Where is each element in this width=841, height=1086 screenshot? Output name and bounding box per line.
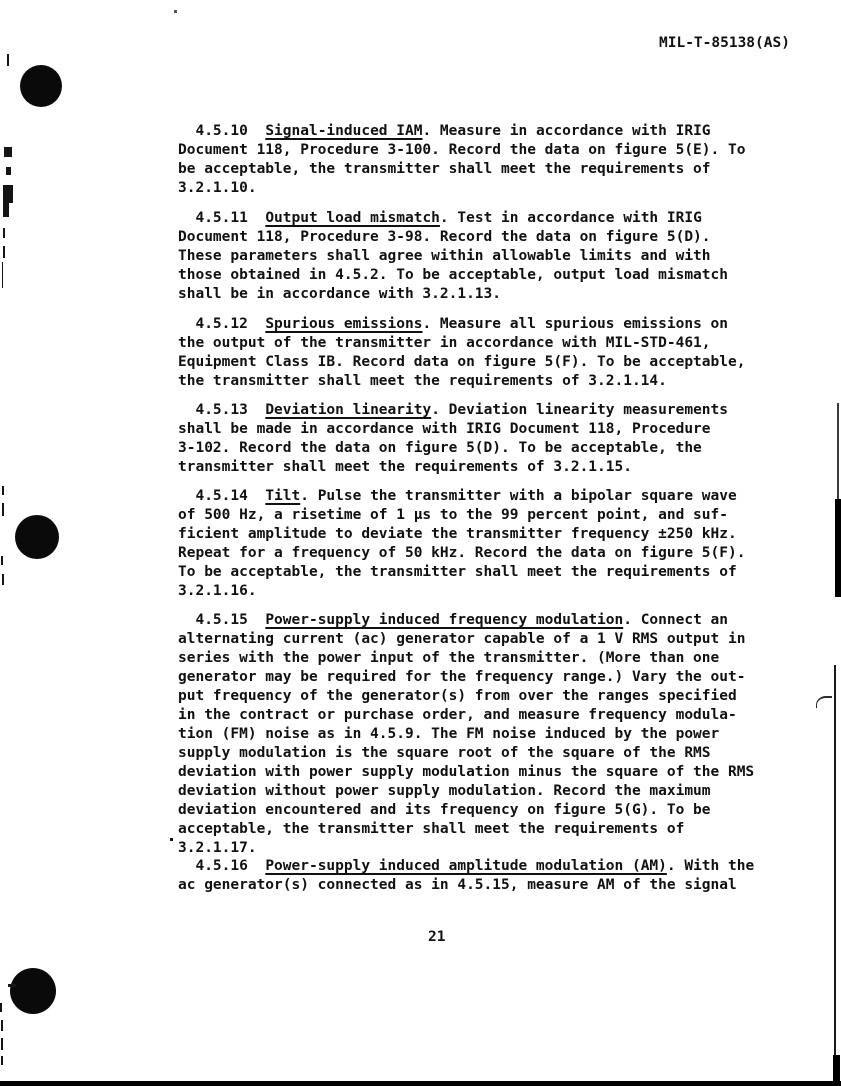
scan-artifact-mark: [3, 228, 5, 238]
paragraph-title: Deviation linearity: [265, 402, 431, 418]
scan-artifact-mark: [0, 1003, 2, 1012]
scan-edge-bar-thick: [835, 499, 841, 597]
scan-artifact-mark: [2, 574, 4, 585]
scan-artifact-mark: [2, 486, 4, 495]
scan-edge-line-upper: [837, 403, 839, 501]
hole-punch-mark-middle: [15, 515, 59, 559]
scan-artifact-mark: [1, 1020, 3, 1031]
scan-artifact-mark: [1, 1056, 3, 1065]
scan-artifact-mark: [174, 10, 177, 13]
scan-artifact-mark: [6, 167, 11, 175]
scan-artifact-mark: [3, 246, 5, 258]
paragraph-4.5.13: 4.5.13 Deviation linearity. Deviation li…: [178, 401, 728, 477]
scan-artifact-mark: [2, 262, 3, 288]
paragraph-title: Spurious emissions: [265, 316, 422, 332]
hole-punch-mark-bottom: [10, 968, 56, 1014]
paragraph-title: Power-supply induced amplitude modulatio…: [265, 858, 667, 874]
scan-edge-line-lower: [834, 665, 836, 1057]
scan-artifact-mark: [2, 503, 4, 516]
paragraph-title: Power-supply induced frequency modulatio…: [265, 612, 623, 628]
document-id-header: MIL-T-85138(AS): [659, 35, 790, 51]
scan-edge-bottom-strip: [0, 1081, 841, 1086]
scan-artifact-mark: [1, 556, 3, 565]
paragraph-4.5.12: 4.5.12 Spurious emissions. Measure all s…: [178, 315, 745, 391]
scan-artifact-mark: [7, 54, 9, 66]
paragraph-4.5.10: 4.5.10 Signal-induced IAM. Measure in ac…: [178, 122, 745, 198]
scan-artifact-mark: [170, 838, 173, 841]
scan-artifact-mark: [1, 1038, 3, 1050]
paragraph-4.5.14: 4.5.14 Tilt. Pulse the transmitter with …: [178, 487, 745, 601]
scan-artifact-mark: [3, 185, 13, 203]
scan-artifact-curve: [816, 696, 832, 708]
scan-artifact-mark: [8, 984, 16, 987]
scanned-document-page: MIL-T-85138(AS) 4.5.10 Signal-induced IA…: [0, 0, 841, 1086]
page-number: 21: [428, 928, 445, 947]
paragraph-title: Output load mismatch: [265, 210, 440, 226]
paragraph-4.5.15: 4.5.15 Power-supply induced frequency mo…: [178, 611, 754, 858]
scan-artifact-mark: [3, 203, 9, 217]
paragraph-4.5.16: 4.5.16 Power-supply induced amplitude mo…: [178, 857, 754, 895]
paragraph-title: Tilt: [265, 488, 300, 504]
hole-punch-mark-top: [20, 65, 62, 107]
paragraph-title: Signal-induced IAM: [265, 123, 422, 139]
scan-artifact-mark: [4, 147, 12, 157]
paragraph-4.5.11: 4.5.11 Output load mismatch. Test in acc…: [178, 209, 728, 304]
